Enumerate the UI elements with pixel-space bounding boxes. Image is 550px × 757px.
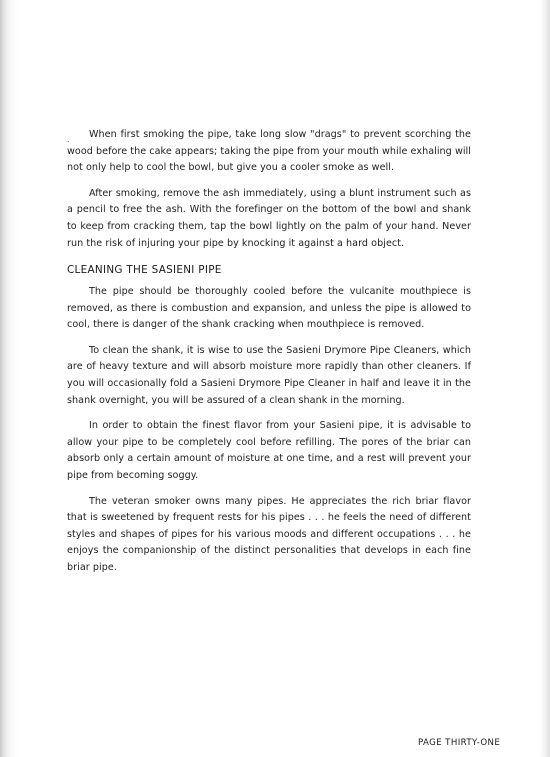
document-page: . When first smoking the pipe, take long… xyxy=(0,0,550,757)
cleaning-section: The pipe should be thoroughly cooled bef… xyxy=(67,284,471,577)
page-number-label: PAGE THIRTY-ONE xyxy=(418,738,500,748)
paragraph-veteran-smoker: The veteran smoker owns many pipes. He a… xyxy=(67,494,471,577)
paragraph-smoking-drags: When first smoking the pipe, take long s… xyxy=(67,127,471,177)
paragraph-ash-removal: After smoking, remove the ash immediatel… xyxy=(67,186,471,252)
intro-section: When first smoking the pipe, take long s… xyxy=(67,127,471,252)
paragraph-cooling-mouthpiece: The pipe should be thoroughly cooled bef… xyxy=(67,284,471,334)
section-heading-cleaning: CLEANING THE SASIENI PIPE xyxy=(67,264,222,276)
paragraph-pipe-cleaners: To clean the shank, it is wise to use th… xyxy=(67,343,471,409)
paragraph-refilling: In order to obtain the finest flavor fro… xyxy=(67,418,471,484)
